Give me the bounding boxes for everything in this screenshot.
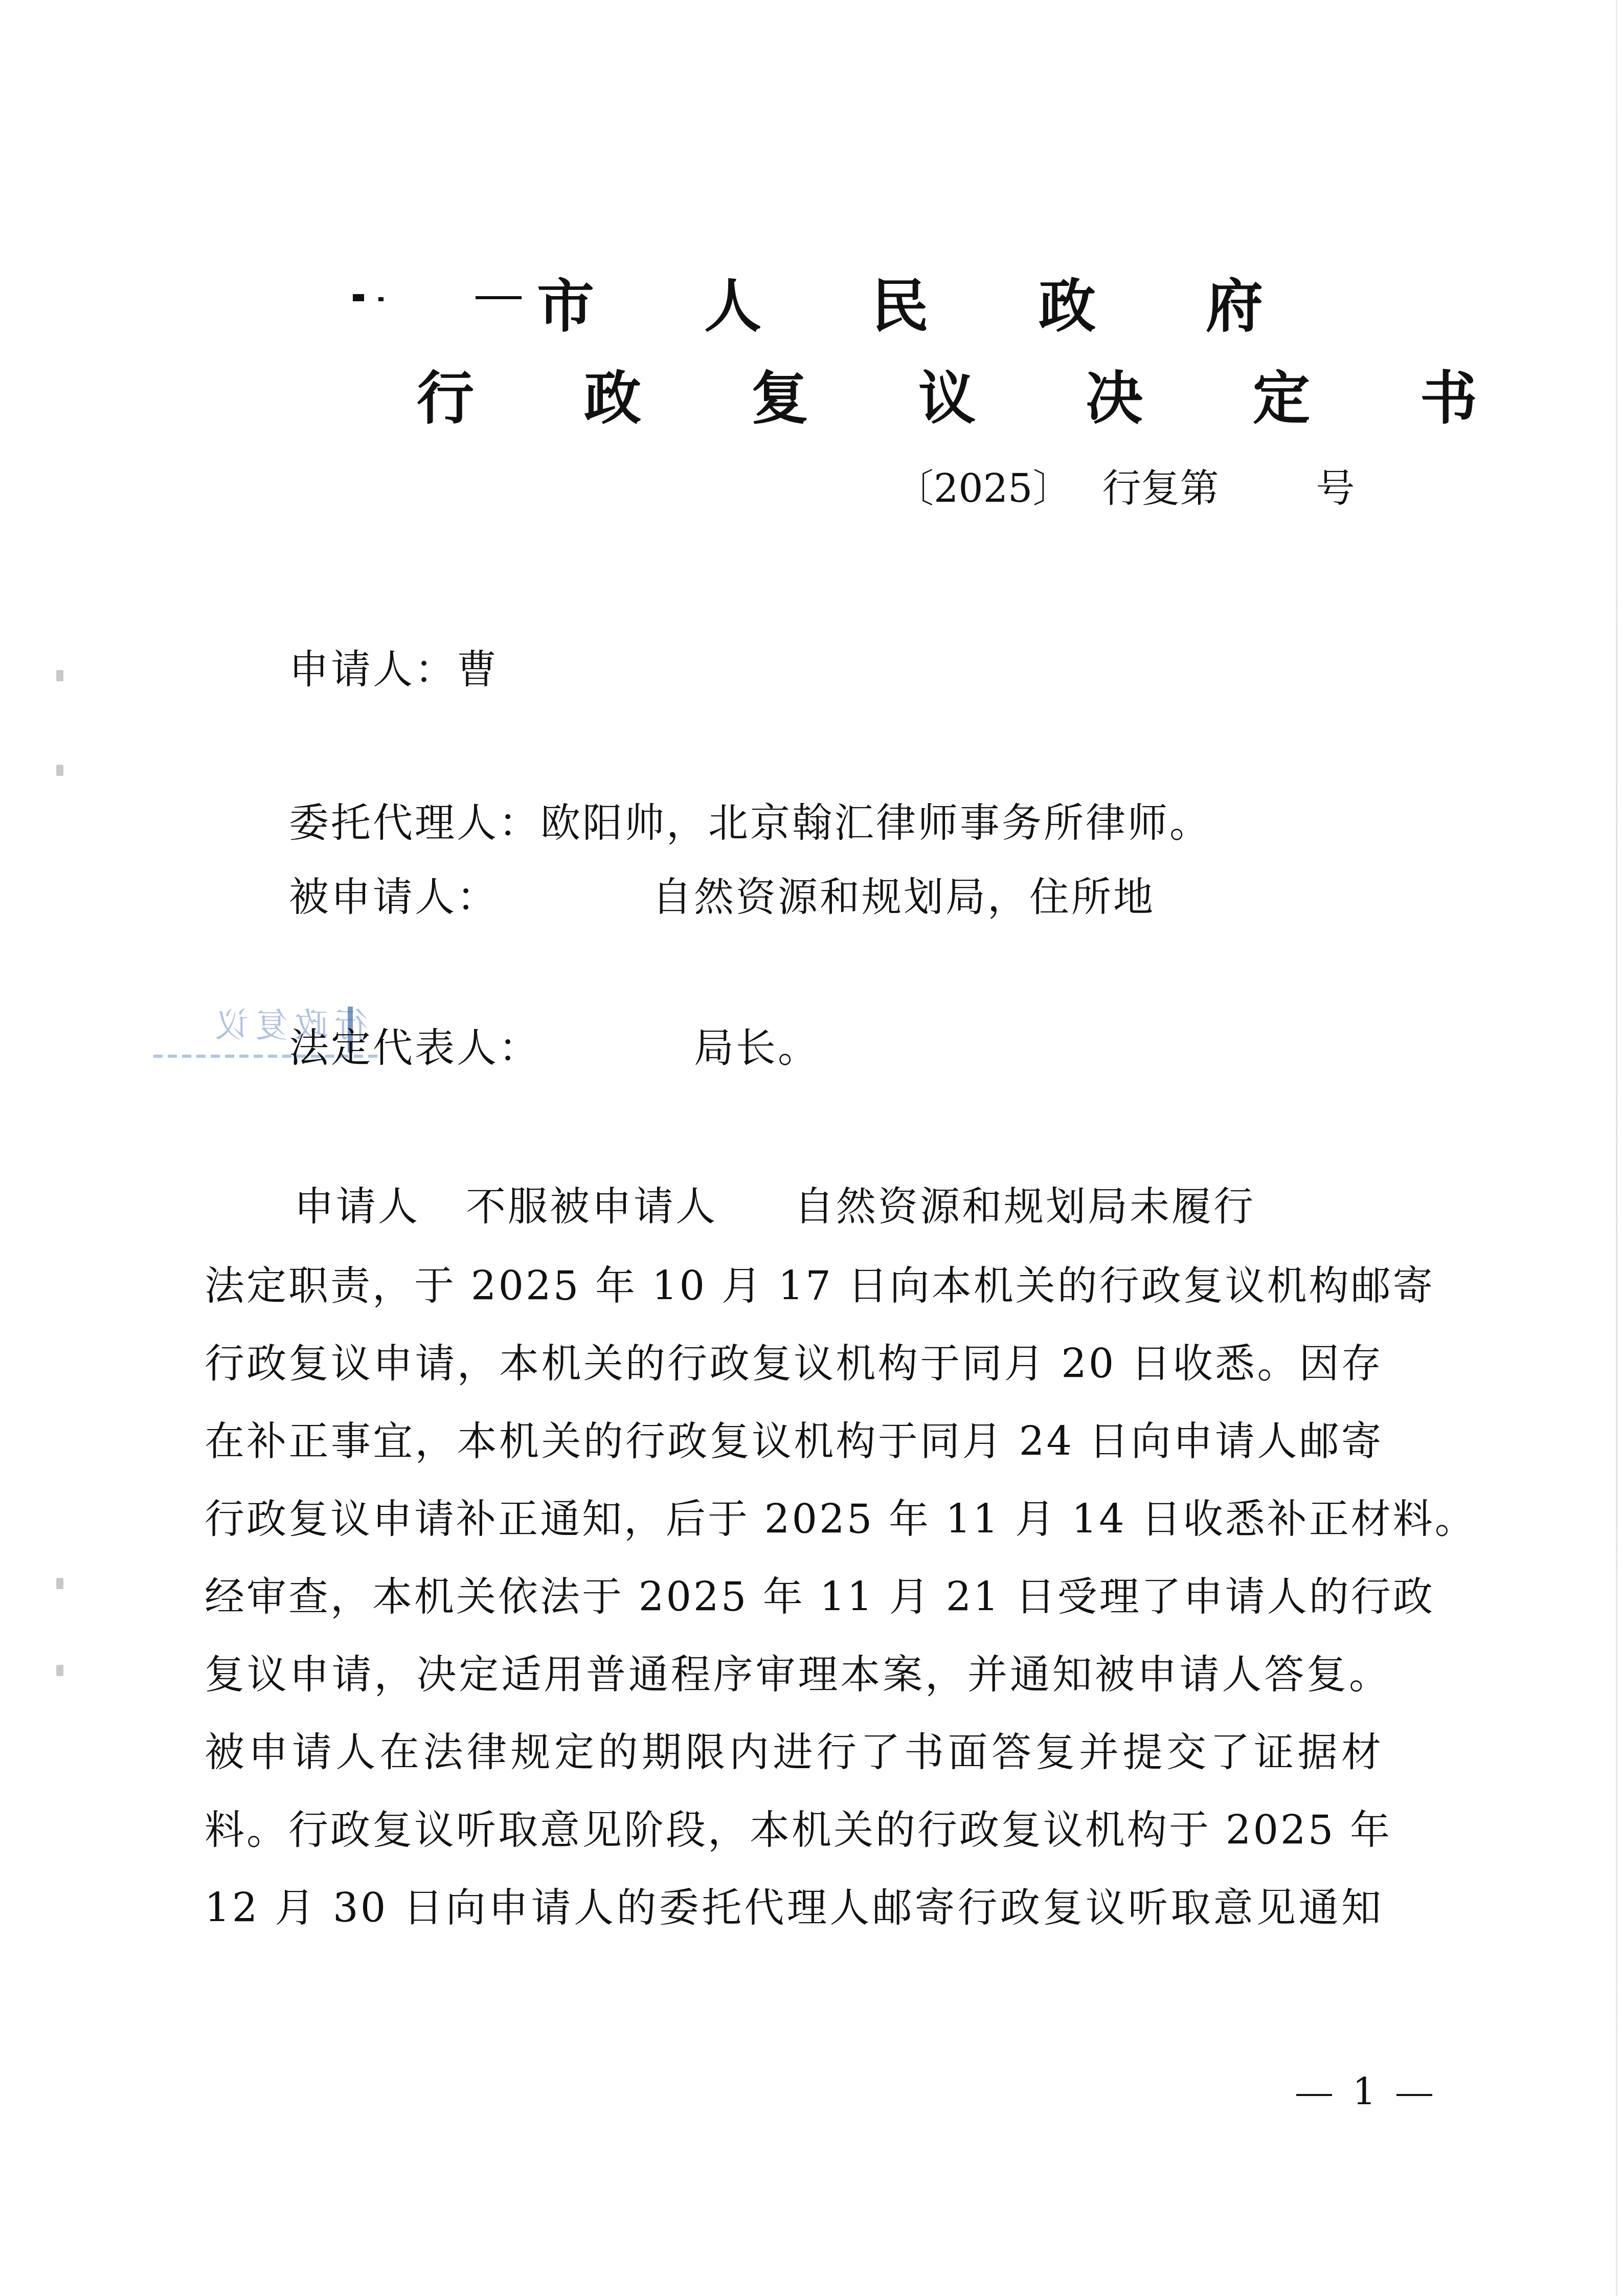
body-line-7: 复议申请，决定适用普通程序审理本案，并通知被申请人答复。 [205,1647,1391,1703]
body-line-9: 料。行政复议听取意见阶段，本机关的行政复议机构于 2025 年 [205,1802,1383,1859]
applicant-label: 申请人： [289,647,457,693]
redacted-city-name [353,274,537,340]
document-type-title: 行 政 复 议 决 定 书 [417,366,1522,432]
body-text: 不服被申请人 [466,1184,717,1230]
agent-line: 委托代理人：欧阳帅，北京翰汇律师事务所律师。 [289,795,1211,852]
scan-edge-line [1616,0,1617,2296]
legal-rep-line: 法定代表人：局长。 [289,1020,820,1077]
respondent-line: 被申请人：自然资源和规划局，住所地 [289,870,1411,926]
body-line-10: 12 月 30 日向申请人的委托代理人邮寄行政复议听取意见通知 [205,1880,1383,1936]
binding-mark [56,1665,63,1676]
issuer-title: 市 人 民 政 府 [353,274,1324,340]
body-line-8: 被申请人在法律规定的期限内进行了书面答复并提交了证据材 [205,1725,1383,1781]
page-number-value: 1 [1352,2070,1376,2113]
binding-mark [56,1578,63,1589]
doc-number-suffix: 号 [1316,465,1355,511]
document-page: 市 人 民 政 府 行 政 复 议 决 定 书 〔2025〕行复第号 申请人：曹… [0,0,1623,2296]
agent-label: 委托代理人： [289,800,540,846]
body-line-1: 申请人不服被申请人自然资源和规划局未履行 [294,1179,1383,1235]
body-line-5: 行政复议申请补正通知，后于 2025 年 11 月 14 日收悉补正材料。 [205,1491,1391,1548]
body-line-4: 在补正事宜，本机关的行政复议机构于同月 24 日向申请人邮寄 [205,1414,1383,1470]
page-number: 1 [1276,2066,1453,2117]
redacted-respondent-city [499,870,652,926]
redacted-applicant-details [499,642,1445,698]
legal-rep-value: 局长。 [694,1026,820,1072]
body-line-2: 法定职责，于 2025 年 10 月 17 日向本机关的行政复议机构邮寄 [205,1258,1383,1314]
redacted-city [717,1179,794,1235]
binding-mark [56,670,63,681]
body-line-6: 经审查，本机关依法于 2025 年 11 月 21 日受理了申请人的行政 [205,1569,1383,1625]
doc-number-prefix: 行复第 [1102,465,1219,511]
body-text: 申请人 [294,1184,420,1230]
respondent-value-visible: 自然资源和规划局，住所地 [652,875,1155,921]
binding-mark [56,765,63,776]
redacted-name [420,1179,466,1235]
agent-value: 欧阳帅，北京翰汇律师事务所律师。 [540,800,1211,846]
doc-number-year: 〔2025〕 [895,465,1071,511]
applicant-line: 申请人：曹 [289,642,1445,698]
document-number: 〔2025〕行复第号 [895,463,1355,514]
legal-rep-label: 法定代表人： [289,1026,540,1072]
body-line-3: 行政复议申请，本机关的行政复议机构于同月 20 日收悉。因存 [205,1336,1383,1392]
redacted-respondent-address [1155,870,1411,926]
redacted-legal-rep-name [540,1020,694,1077]
applicant-name-visible: 曹 [457,647,499,693]
body-text: 自然资源和规划局未履行 [794,1184,1255,1230]
dash-right [1396,2094,1432,2096]
respondent-label: 被申请人： [289,875,499,921]
dash-left [1296,2094,1332,2096]
issuer-title-text: 市 人 民 政 府 [537,274,1308,340]
